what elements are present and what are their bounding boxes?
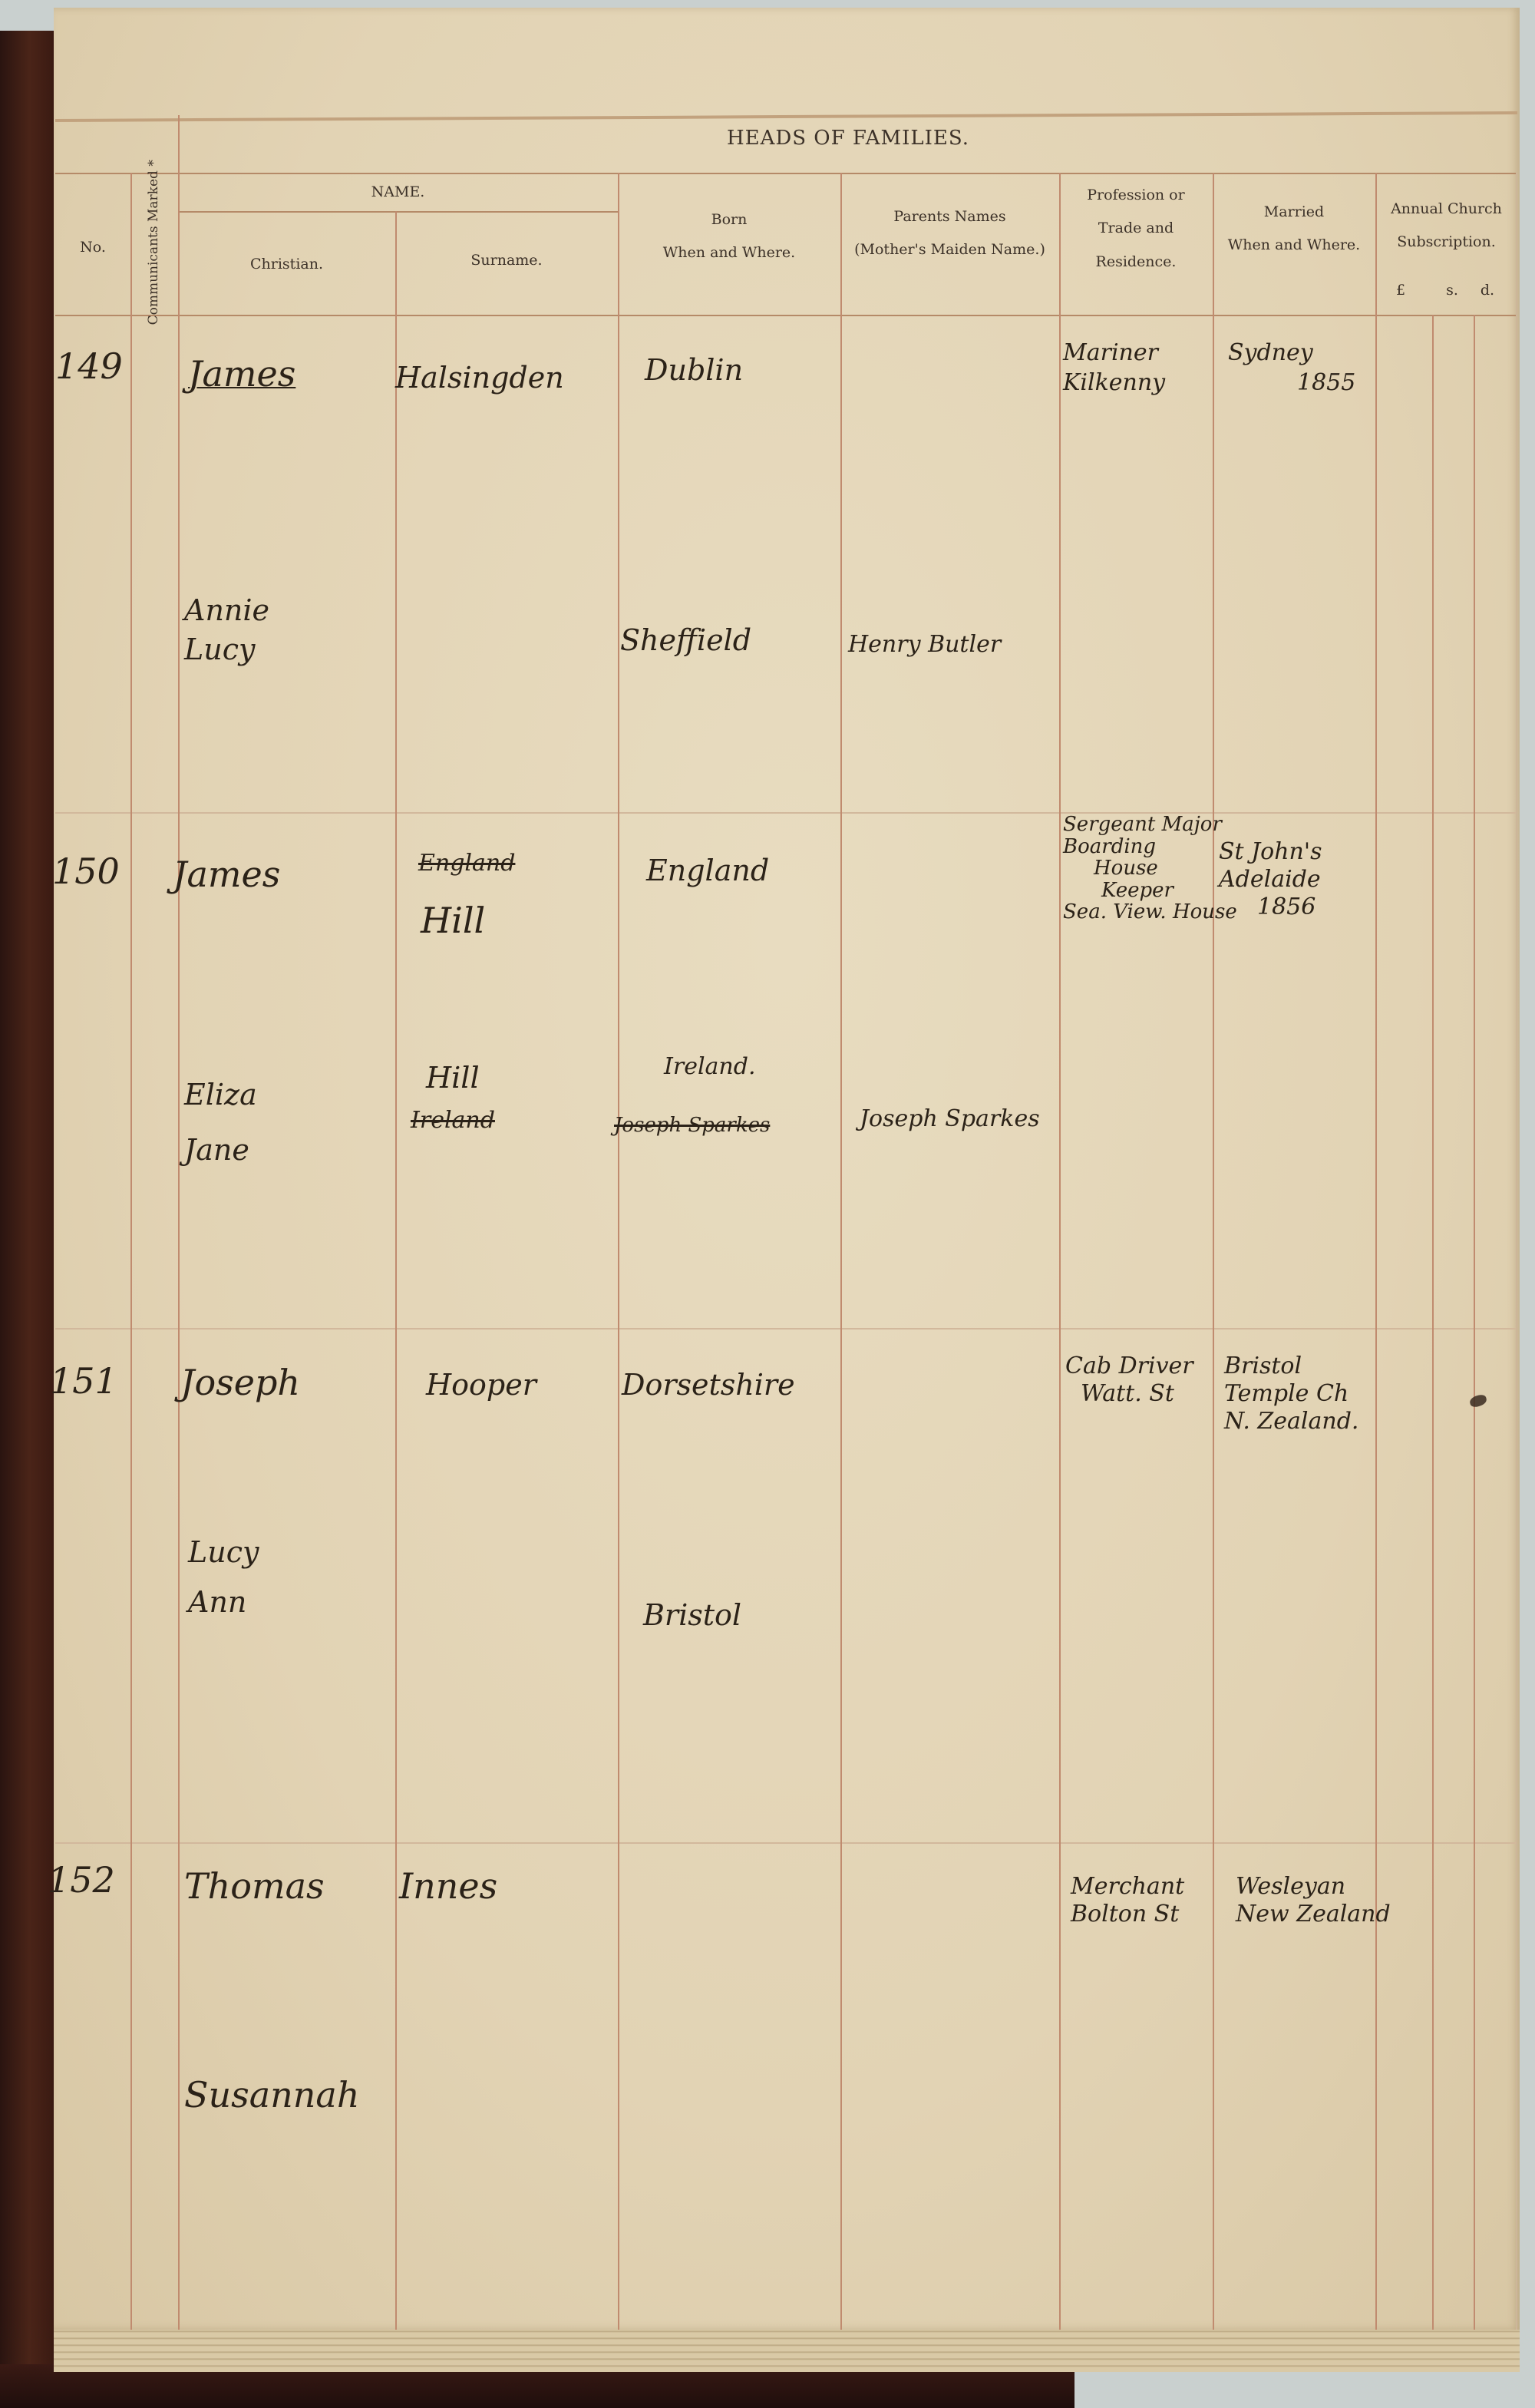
header-born-line2: When and Where. <box>618 242 840 264</box>
wife-christian-name: Lucy Ann <box>188 1528 259 1627</box>
husband-born: Dorsetshire <box>622 1366 795 1404</box>
wife-surname: Hill <box>426 1059 480 1097</box>
wife-christian-name: Susannah <box>184 2073 359 2119</box>
wife-second-name: Ann <box>188 1577 259 1627</box>
page-title: HEADS OF FAMILIES. <box>618 123 1078 154</box>
husband-christian-name: Thomas <box>184 1864 325 1910</box>
married-when-where: St John's Adelaide 1856 <box>1219 838 1322 921</box>
husband-born: Dublin <box>645 352 743 389</box>
wife-second-name: Jane <box>184 1122 257 1178</box>
header-subscription-line1: Annual Church <box>1375 198 1517 220</box>
profession-residence: Cab Driver Watt. St <box>1065 1353 1193 1408</box>
wife-first-name: Annie <box>184 591 269 630</box>
husband-born: England <box>646 852 769 890</box>
col-rule-married <box>1375 173 1377 2330</box>
wife-first-name: Lucy <box>188 1528 259 1577</box>
profession-residence: Mariner Kilkenny <box>1063 338 1165 398</box>
header-born: Born When and Where. <box>618 209 840 265</box>
residence-line: Kilkenny <box>1063 368 1165 398</box>
header-surname: Surname. <box>395 249 618 272</box>
husband-surname-struck: England <box>418 848 515 878</box>
wife-christian-name: Eliza Jane <box>184 1067 257 1178</box>
profession-line: Boarding <box>1063 836 1237 858</box>
profession-residence: Sergeant Major Boarding House Keeper Sea… <box>1063 814 1237 923</box>
header-profession-line3: Residence. <box>1059 251 1213 273</box>
entry-number: 150 <box>52 849 120 895</box>
wife-christian-name: Annie Lucy <box>184 591 269 670</box>
header-name-group: NAME. <box>178 181 618 203</box>
husband-christian-name: James <box>188 352 295 398</box>
wife-first-name: Eliza <box>184 1067 257 1122</box>
wife-second-name: Lucy <box>184 630 269 669</box>
header-communicants: Communicants Marked * <box>147 158 162 327</box>
wife-born: Ireland. <box>664 1052 756 1082</box>
residence-line: Bolton St <box>1071 1901 1184 1928</box>
page-right-rule <box>1516 173 1517 2330</box>
married-year: 1855 <box>1228 368 1355 398</box>
married-church: Temple Ch <box>1224 1380 1358 1408</box>
header-no: No. <box>55 236 130 259</box>
profession-line: Keeper <box>1063 880 1237 902</box>
married-place: Adelaide <box>1219 866 1322 894</box>
married-church: Wesleyan <box>1236 1873 1391 1901</box>
col-rule-surname <box>618 173 619 2330</box>
entry-number: 149 <box>55 344 123 390</box>
married-year: 1856 <box>1219 894 1322 921</box>
husband-surname: Hill <box>421 898 485 944</box>
husband-surname: Hooper <box>426 1366 536 1404</box>
husband-christian-name: Joseph <box>180 1360 300 1406</box>
header-pounds: £ <box>1385 279 1416 302</box>
married-church: St John's <box>1219 838 1322 866</box>
header-married-line1: Married <box>1213 201 1375 223</box>
name-subheader-rule <box>178 211 618 213</box>
header-born-line1: Born <box>618 209 840 231</box>
row-separator <box>55 1328 1517 1330</box>
header-christian: Christian. <box>178 253 395 276</box>
husband-christian-name: James <box>173 852 280 898</box>
married-country: N. Zealand. <box>1224 1408 1358 1435</box>
wife-born-struck: Joseph Sparkes <box>614 1113 770 1139</box>
married-country: New Zealand <box>1236 1901 1391 1928</box>
header-profession-line2: Trade and <box>1059 217 1213 239</box>
residence-line: Watt. St <box>1065 1380 1193 1408</box>
col-rule-profession <box>1213 173 1214 2330</box>
header-profession: Profession or Trade and Residence. <box>1059 184 1213 273</box>
col-rule-christian <box>395 211 397 2330</box>
page-edges <box>54 2326 1520 2372</box>
profession-line: House <box>1063 857 1237 880</box>
married-place: Bristol <box>1224 1353 1358 1380</box>
residence-line: Sea. View. House <box>1063 901 1237 923</box>
husband-surname: Halsingden <box>395 359 564 397</box>
header-shillings: s. <box>1437 279 1467 302</box>
wife-surname-struck: Ireland <box>411 1105 495 1135</box>
wife-parents-name: Henry Butler <box>848 629 1001 659</box>
wife-born: Sheffield <box>620 622 751 659</box>
wife-parents-name: Joseph Sparkes <box>860 1104 1040 1134</box>
entry-number: 152 <box>48 1858 115 1904</box>
profession-line: Sergeant Major <box>1063 814 1237 836</box>
married-when-where: Wesleyan New Zealand <box>1236 1873 1391 1928</box>
header-band-rule <box>55 173 1517 174</box>
header-married-line2: When and Where. <box>1213 234 1375 256</box>
profession-line: Mariner <box>1063 338 1165 368</box>
married-place: Sydney <box>1228 338 1355 368</box>
header-subscription-line2: Subscription. <box>1375 231 1517 253</box>
entry-number: 151 <box>50 1359 117 1405</box>
header-married: Married When and Where. <box>1213 201 1375 257</box>
profession-line: Merchant <box>1071 1873 1184 1901</box>
col-rule-communicants <box>178 115 180 2330</box>
col-rule-born <box>840 173 842 2330</box>
married-when-where: Sydney 1855 <box>1228 338 1355 398</box>
profession-line: Cab Driver <box>1065 1353 1193 1380</box>
header-profession-line1: Profession or <box>1059 184 1213 206</box>
col-rule-no <box>130 173 132 2330</box>
book-cover-spine <box>0 31 54 2380</box>
col-rule-pounds <box>1432 315 1434 2330</box>
husband-surname: Innes <box>399 1864 497 1910</box>
row-separator <box>55 812 1517 814</box>
wife-born: Bristol <box>643 1597 741 1634</box>
profession-residence: Merchant Bolton St <box>1071 1873 1184 1928</box>
header-bottom-rule <box>55 315 1517 316</box>
header-parents-line1: Parents Names <box>840 206 1059 228</box>
col-rule-shillings <box>1474 315 1475 2330</box>
header-parents-line2: (Mother's Maiden Name.) <box>840 239 1059 261</box>
married-when-where: Bristol Temple Ch N. Zealand. <box>1224 1353 1358 1435</box>
header-parents: Parents Names (Mother's Maiden Name.) <box>840 206 1059 262</box>
col-rule-parents <box>1059 173 1061 2330</box>
header-subscription: Annual Church Subscription. <box>1375 198 1517 254</box>
header-pence: d. <box>1472 279 1503 302</box>
row-separator <box>55 1842 1517 1844</box>
